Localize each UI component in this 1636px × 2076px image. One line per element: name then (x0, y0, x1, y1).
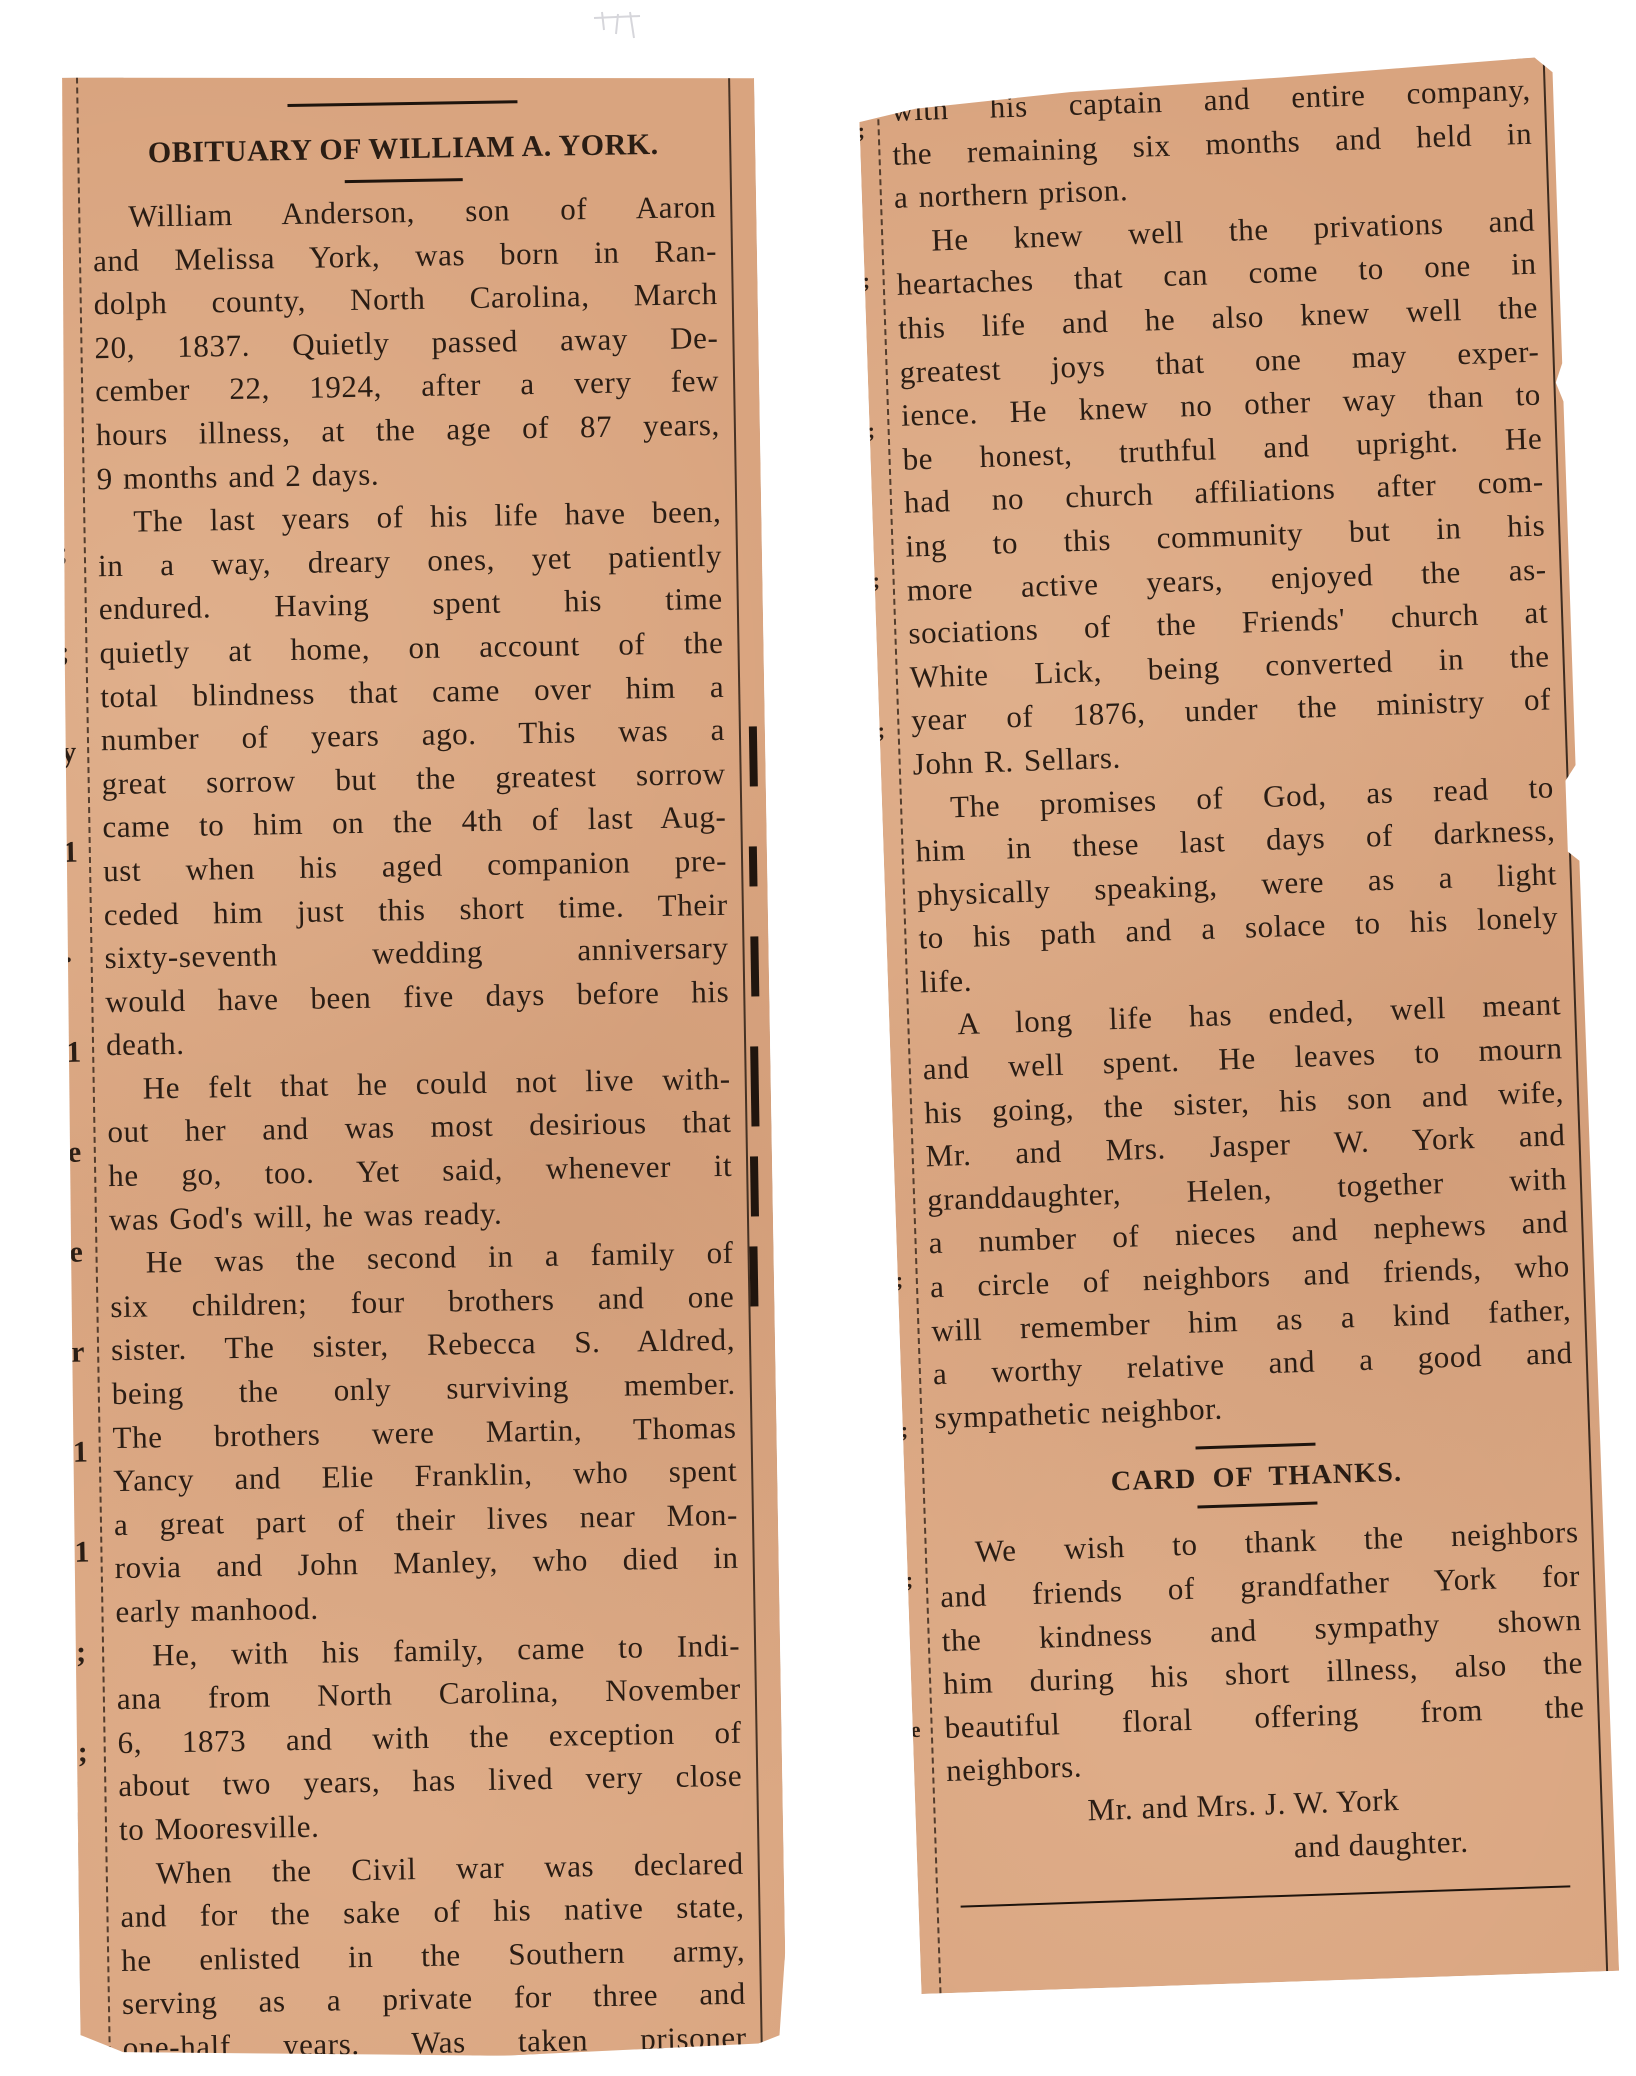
obituary-clipping-right: with his captain and entire company,the … (858, 57, 1626, 1994)
margin-fragment: 1 (66, 1038, 81, 1068)
text-line: one-half years. Was taken prisoner (122, 2016, 747, 2070)
margin-fragment: e (68, 1138, 82, 1168)
margin-fragment: ; (900, 1419, 908, 1441)
card-of-thanks-body: We wish to thank the neighborsand friend… (938, 1510, 1586, 1793)
margin-fragment: ; (905, 1569, 913, 1591)
title-rule-top (287, 100, 517, 107)
margin-fragment: ; (895, 1269, 903, 1291)
adjacent-column-fragment (750, 1156, 759, 1216)
closing-rule (961, 1886, 1571, 1908)
obituary-column-2: with his captain and entire company,the … (890, 68, 1590, 1908)
margin-fragment: e (69, 1238, 83, 1268)
margin-fragment: e (910, 1719, 920, 1741)
margin-fragment: r (71, 1338, 85, 1368)
adjacent-column-fragment (749, 726, 758, 786)
margin-fragment: ; (862, 270, 870, 292)
margin-fragment: ; (76, 1638, 86, 1668)
card-of-thanks-heading: CARD OF THANKS. (936, 1445, 1577, 1510)
adjacent-column-fragment (750, 936, 759, 996)
adjacent-column-fragment (750, 1046, 759, 1126)
title-rule-bottom (345, 178, 463, 183)
margin-fragment: 1 (73, 1438, 88, 1468)
obituary-clipping-left: OBITUARY OF WILLIAM A. YORK. William And… (48, 66, 787, 2062)
card-of-thanks-section: CARD OF THANKS. We wish to thank the nei… (936, 1434, 1591, 1908)
margin-fragment: ; (58, 538, 68, 568)
margin-fragment: . (56, 438, 64, 468)
pencil-annotation-mark (590, 4, 646, 44)
margin-fragment: ; (877, 719, 885, 741)
section-rule-bottom (1197, 1502, 1317, 1509)
obituary-body-part-1: William Anderson, son of Aaronand Meliss… (92, 185, 747, 2070)
section-rule-top (1196, 1443, 1316, 1450)
margin-fragment: y (61, 738, 76, 768)
adjacent-column-fragment (749, 1246, 758, 1306)
obituary-column-1: OBITUARY OF WILLIAM A. YORK. William And… (91, 155, 746, 2070)
margin-fragment: 1 (63, 838, 78, 868)
margin-fragment: . (64, 938, 72, 968)
margin-fragment: ; (78, 1738, 88, 1768)
margin-fragment: ; (59, 638, 69, 668)
obituary-title: OBITUARY OF WILLIAM A. YORK. (91, 122, 716, 176)
margin-fragment: 1 (74, 1538, 89, 1568)
adjacent-column-fragment (749, 846, 758, 886)
margin-fragment: ; (872, 570, 880, 592)
obituary-body-part-2: with his captain and entire company,the … (890, 68, 1574, 1440)
margin-fragment: ; (867, 420, 875, 442)
margin-fragment: ; (857, 120, 865, 142)
